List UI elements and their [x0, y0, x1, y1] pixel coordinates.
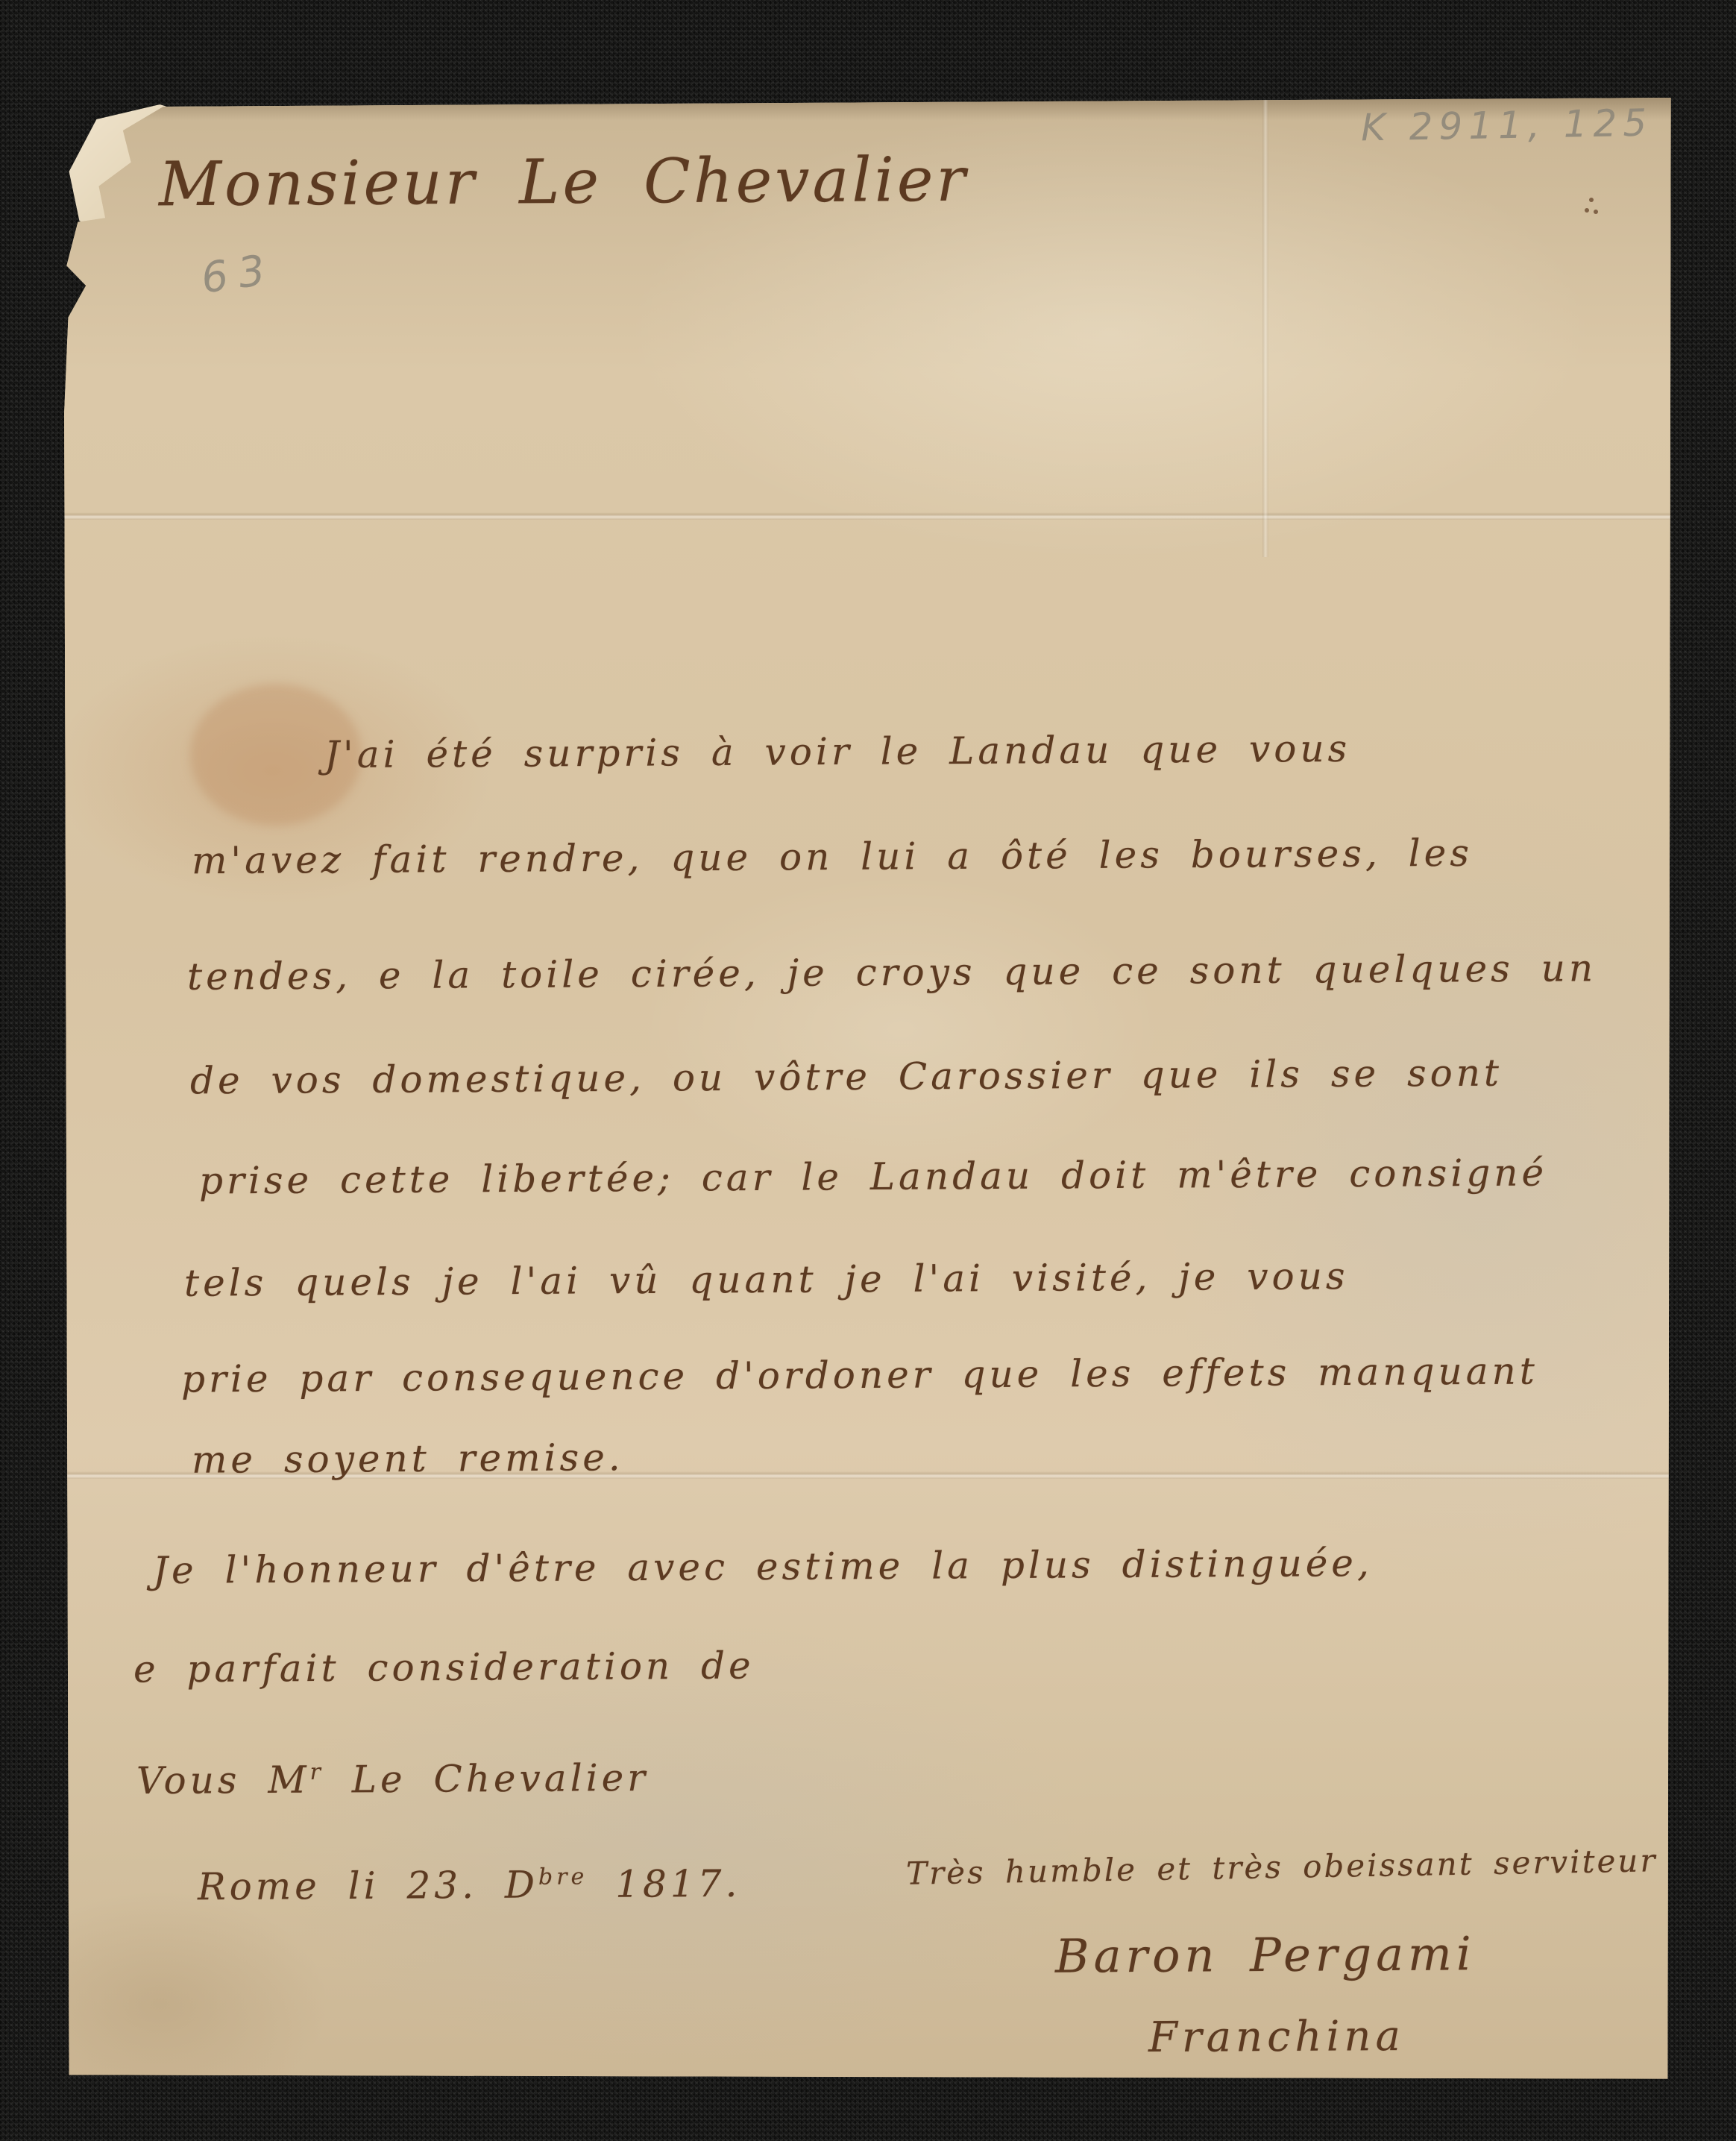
- letter-paper: K 2911, 125 Monsieur Le Chevalier 63 J'a…: [63, 95, 1674, 2083]
- addressee-post: Le Chevalier: [324, 1756, 650, 1802]
- addressee-sup: r: [309, 1759, 324, 1785]
- ink-specks: [1585, 198, 1600, 217]
- dateline: Rome li 23. Dbre 1817.: [198, 1862, 741, 1908]
- archival-mark: K 2911, 125: [1361, 101, 1653, 150]
- dateline-sup: bre: [538, 1864, 588, 1890]
- body-line: me soyent remise.: [192, 1436, 624, 1482]
- body-line: tels quels je l'ai vû quant je l'ai visi…: [184, 1254, 1349, 1305]
- body-line: m'avez fait rendre, que on lui a ôté les…: [192, 831, 1473, 882]
- folio-number: 63: [198, 245, 278, 303]
- dateline-pre: Rome li 23. D: [198, 1863, 538, 1908]
- body-line: de vos domestique, ou vôtre Carossier qu…: [190, 1051, 1503, 1103]
- body-line: tendes, e la toile cirée, je croys que c…: [187, 946, 1597, 999]
- body-line: prie par consequence d'ordoner que les e…: [181, 1349, 1538, 1400]
- dateline-post: 1817.: [588, 1862, 740, 1906]
- salutation: Monsieur Le Chevalier: [159, 145, 969, 221]
- closing-line: e parfait consideration de: [133, 1644, 755, 1691]
- body-line: J'ai été surpris à voir le Landau que vo…: [324, 727, 1351, 776]
- horizontal-fold-crease: [63, 512, 1674, 520]
- body-line: prise cette libertée; car le Landau doit…: [199, 1151, 1547, 1202]
- signature-surname: Franchina: [1148, 2012, 1405, 2062]
- closing-line: Je l'honneur d'être avec estime la plus …: [153, 1541, 1373, 1592]
- addressee-pre: Vous M: [136, 1758, 310, 1802]
- vertical-fold-crease: [1262, 95, 1268, 557]
- letter-scan: K 2911, 125 Monsieur Le Chevalier 63 J'a…: [0, 0, 1736, 2141]
- valediction: Très humble et très obeissant serviteur: [906, 1842, 1658, 1892]
- addressee-line: Vous Mr Le Chevalier: [136, 1756, 649, 1802]
- signature-name: Baron Pergami: [1055, 1926, 1476, 1983]
